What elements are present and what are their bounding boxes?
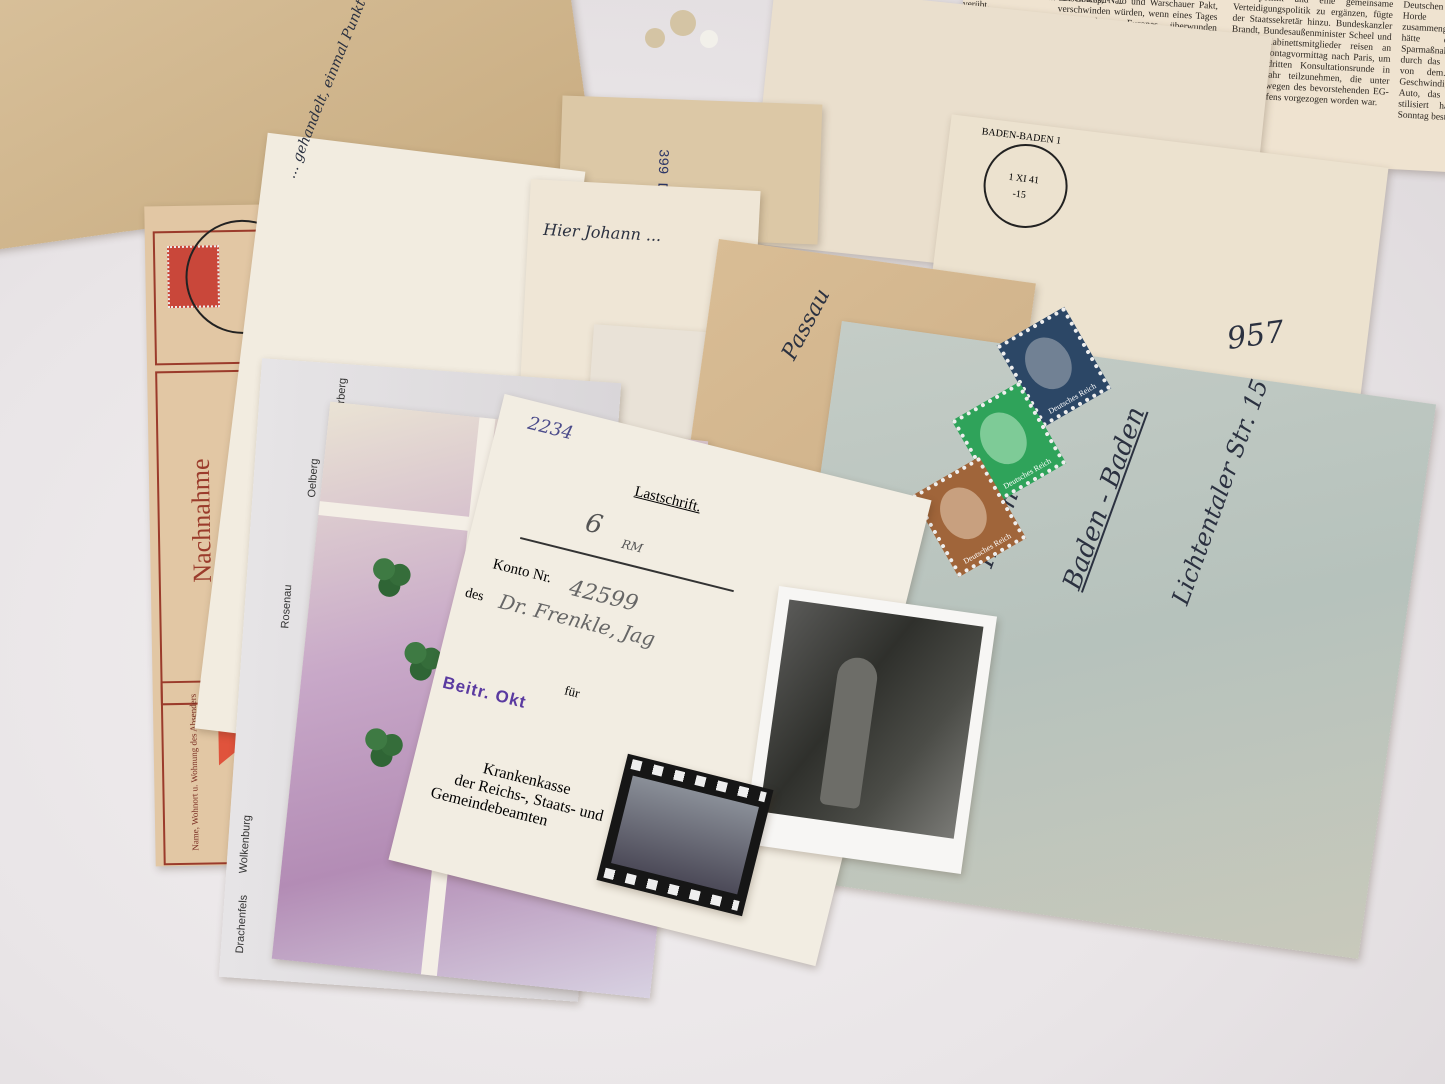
postmark-text: BADEN-BADEN 1 — [981, 126, 1061, 147]
place-label: Wolkenburg — [237, 815, 253, 874]
place-label: Rosenau — [279, 584, 294, 629]
slip-rm: RM — [620, 537, 644, 556]
slip-amount: 6 — [582, 508, 605, 541]
clover-icon — [364, 727, 388, 751]
clover-icon — [372, 557, 396, 581]
nachnahme-title: Nachnahme — [186, 458, 218, 583]
address-line-3: Lichtentaler Str. 15 — [1166, 376, 1274, 609]
postmark-baden: BADEN-BADEN 1 1 XI 41 -15 — [979, 139, 1073, 233]
newspaper-column: Wenn das gestimmt hätte, was über die De… — [1397, 0, 1445, 130]
bw-photograph — [743, 586, 997, 874]
place-label: Oelberg — [306, 458, 321, 498]
place-label: Drachenfels — [234, 894, 250, 953]
slip-title: Lastschrift. — [633, 484, 703, 517]
dried-flowers — [560, 0, 760, 70]
postmark-time: -15 — [1012, 188, 1027, 201]
account-label: Konto Nr. — [491, 556, 553, 587]
slip-number: 2234 — [526, 413, 576, 444]
clover-icon — [403, 641, 427, 665]
handwritten-number: 957 — [1225, 314, 1287, 357]
purpose-stamp: Beitr. Okt — [441, 673, 529, 713]
letter2-text: Hier Johann ... — [543, 220, 662, 245]
des-label: des — [463, 586, 485, 606]
address-line-2: Baden - Baden — [1057, 403, 1151, 594]
postmark-date: 1 XI 41 — [1008, 172, 1040, 187]
fuer-label: für — [563, 682, 582, 701]
tan-card-text: Passau — [777, 285, 835, 365]
